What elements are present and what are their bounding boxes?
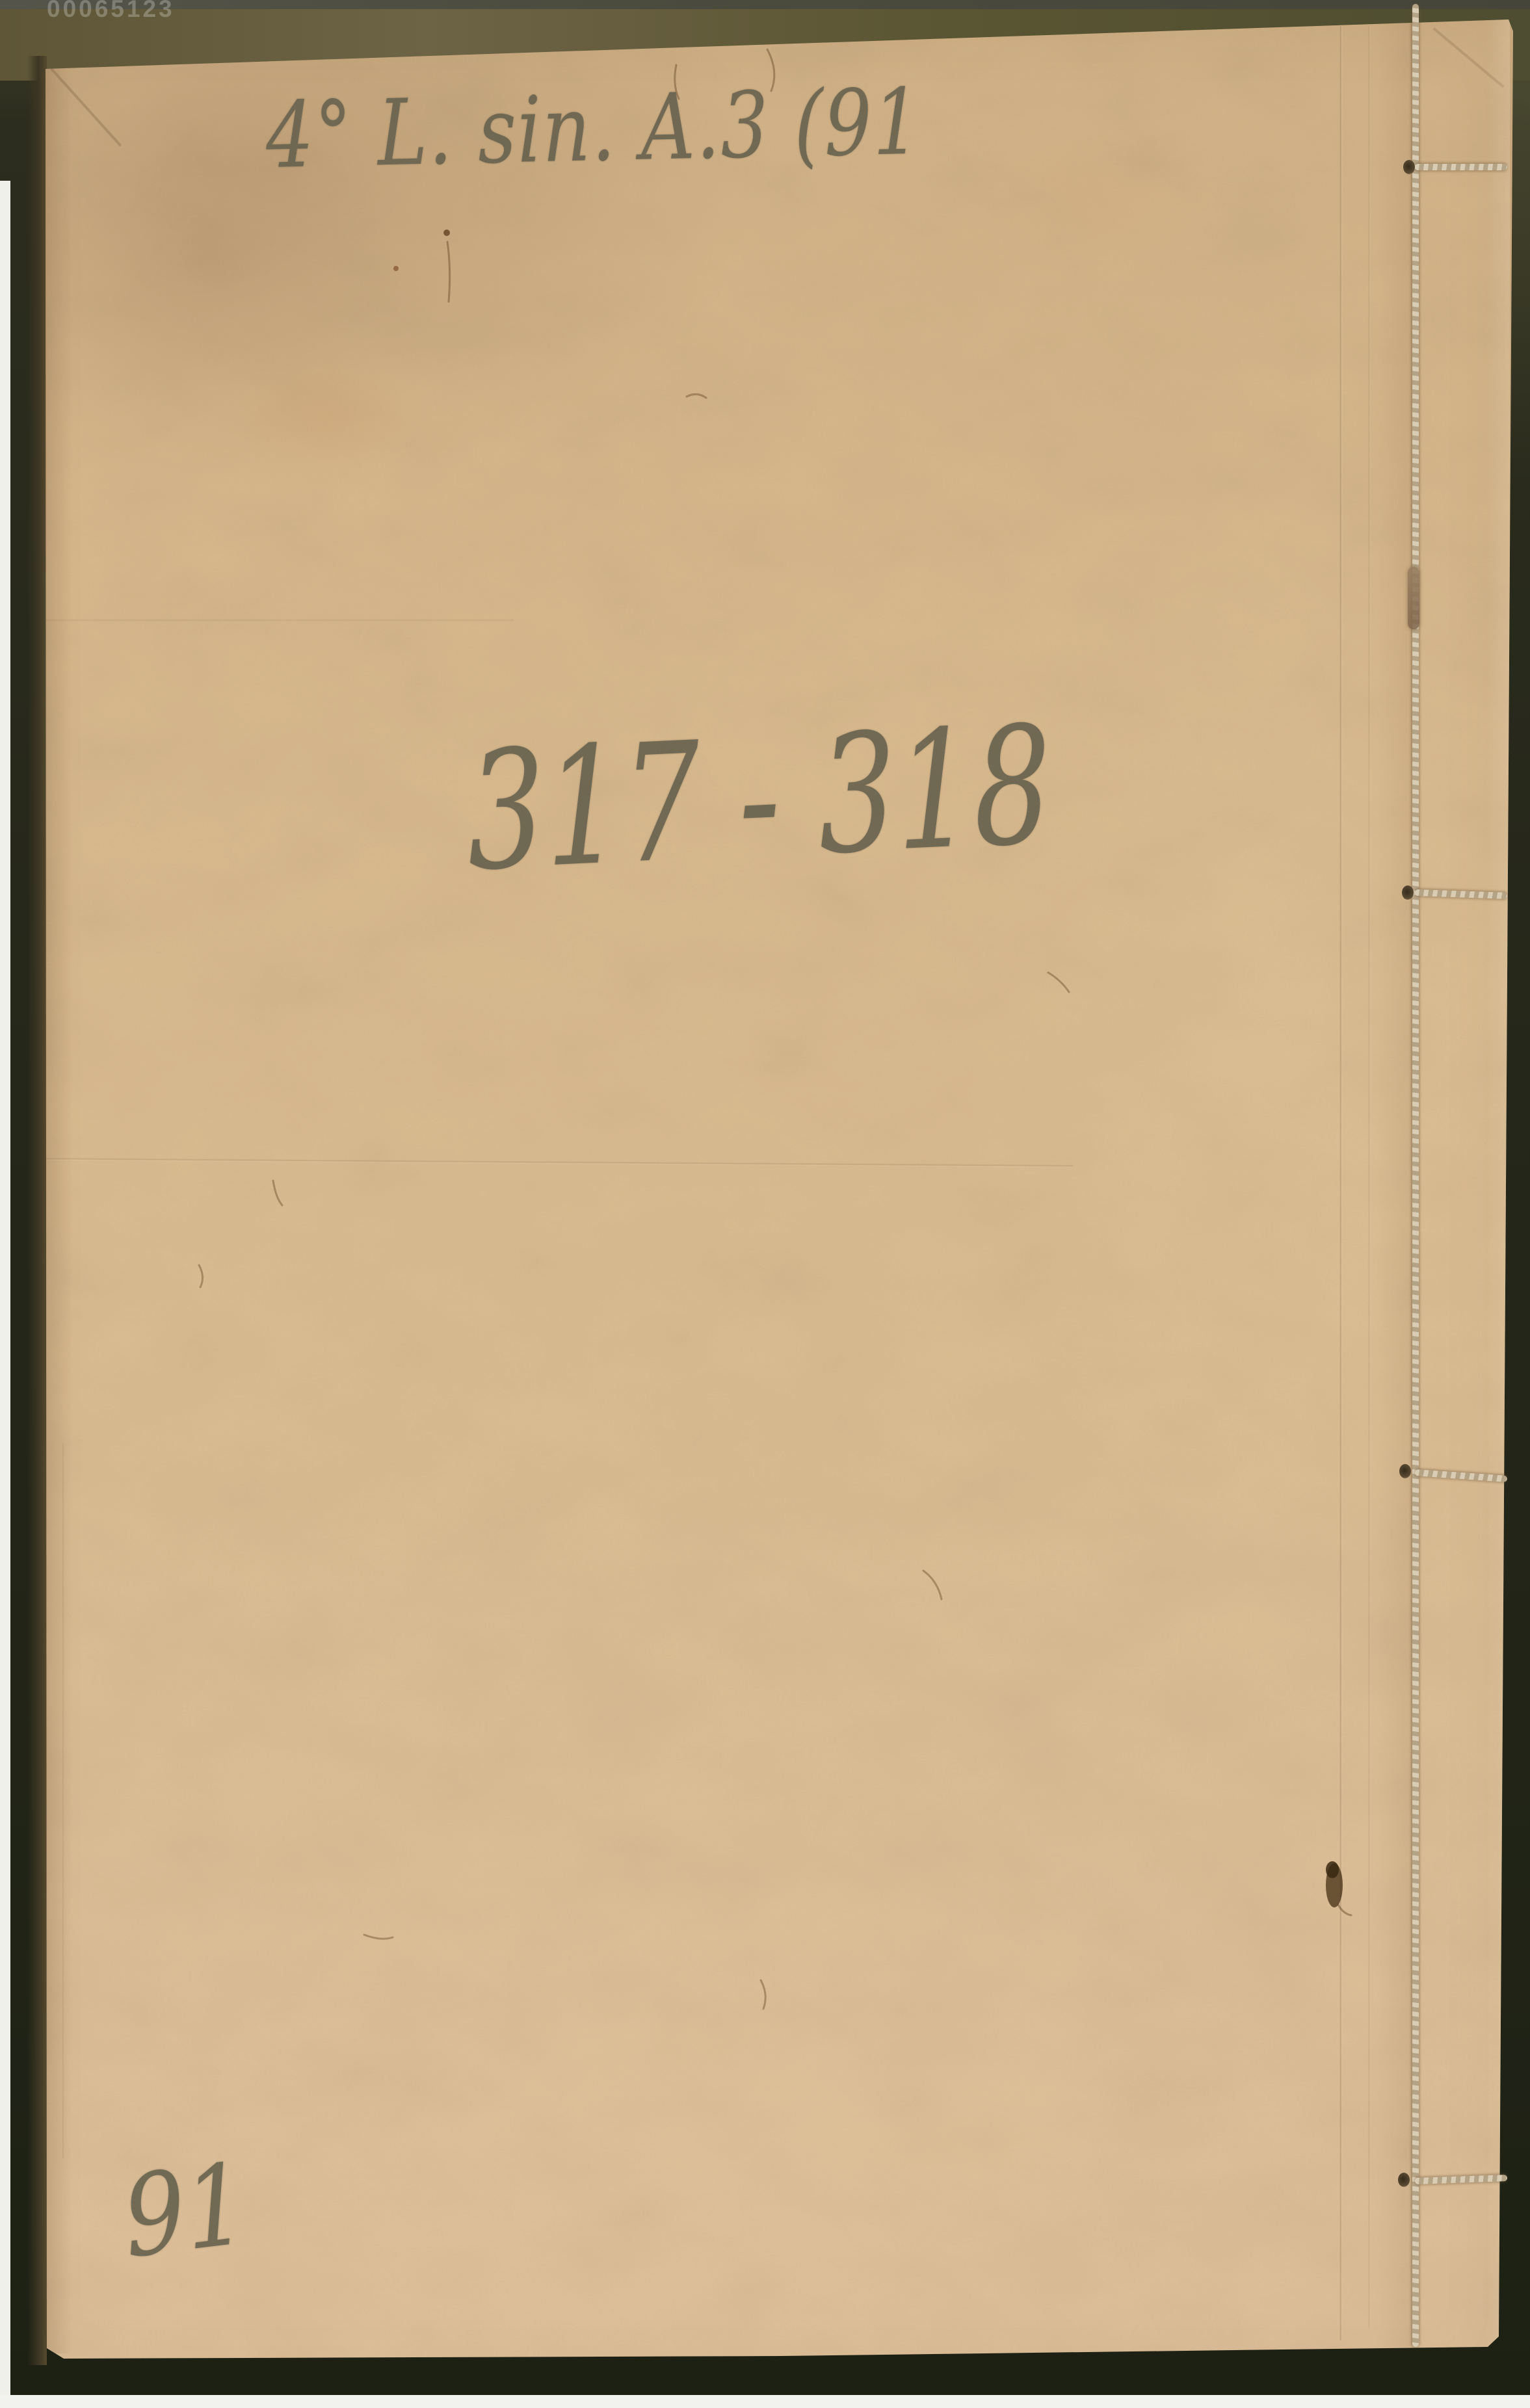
stain	[221, 351, 429, 481]
binding-fold-shadow	[1376, 20, 1415, 2347]
left-edge-shadow	[46, 65, 73, 2353]
binding-thread-vertical	[1412, 4, 1419, 2347]
book-cover: 4° L. sin. A.3 (91 317 - 318 91	[0, 0, 1530, 2408]
binding-thread-knot	[1408, 567, 1419, 629]
crease-vertical	[1339, 26, 1343, 2340]
binding-hole-4	[1398, 2173, 1410, 2187]
crease-vertical	[62, 1443, 64, 2158]
digitization-id: 00065123	[47, 0, 175, 23]
stain	[962, 117, 1235, 286]
crease-corner-fold	[50, 68, 122, 147]
corner-number-inscription: 91	[118, 2138, 252, 2283]
scanner-edge-bottom	[0, 2395, 1530, 2408]
binding-stitch-1	[1415, 164, 1507, 170]
digitized-book-scan: { "scan": { "watermark_id": "00065123", …	[0, 0, 1530, 2408]
book-board-edge-left	[27, 56, 47, 2365]
right-edge-highlight	[1486, 20, 1510, 2344]
binding-hole-2	[1402, 885, 1414, 900]
crease-horizontal	[46, 619, 514, 622]
binding-hole-3	[1399, 1464, 1411, 1478]
stain	[748, 2048, 1216, 2256]
crease-vertical	[1368, 26, 1371, 2327]
volume-number-inscription: 317 - 318	[465, 690, 1053, 907]
scanner-edge-left	[0, 181, 10, 2408]
crease-corner-fold	[1432, 27, 1504, 88]
scan-background: 4° L. sin. A.3 (91 317 - 318 91	[0, 0, 1530, 2408]
crease-horizontal	[46, 1157, 1073, 1168]
shelfmark-inscription: 4° L. sin. A.3 (91	[265, 70, 922, 189]
binding-hole-1	[1403, 160, 1415, 174]
